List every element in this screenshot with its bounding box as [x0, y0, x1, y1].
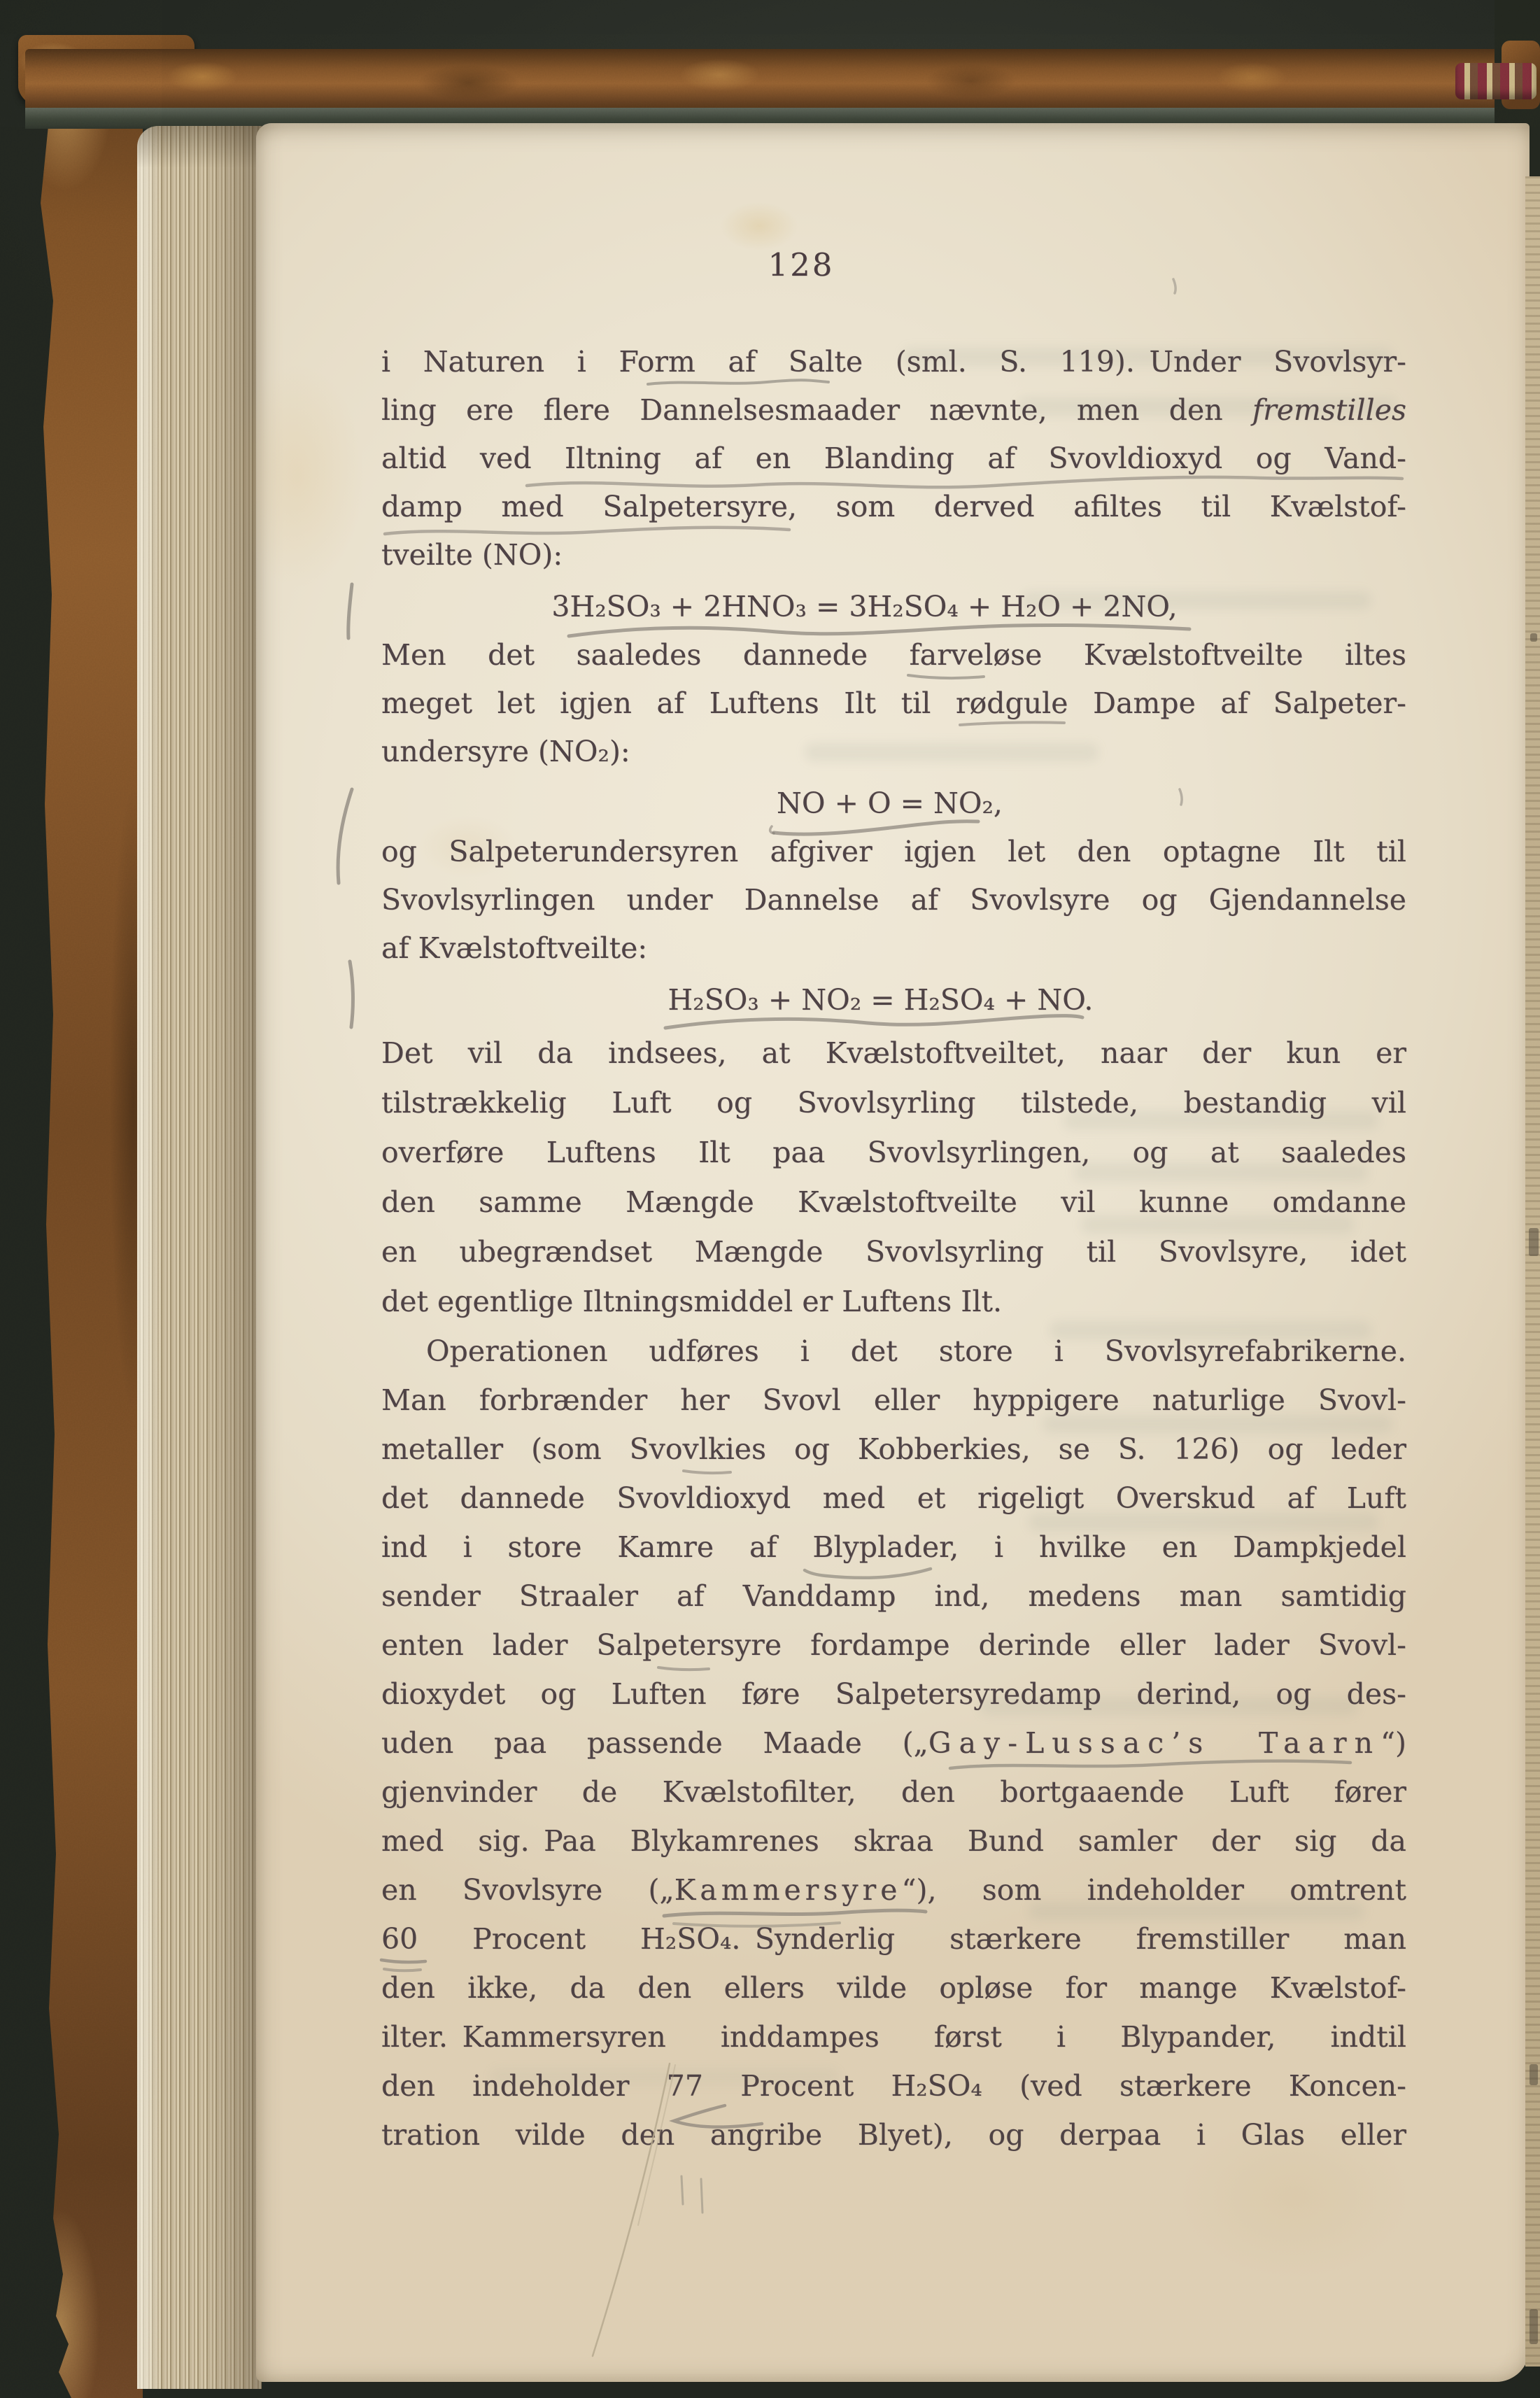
text-segment: og Salpeterundersyren afgiver igjen let … [381, 835, 1406, 868]
text-line-3: altid ved Iltning af en Blanding af Svov… [381, 434, 1406, 483]
text-line-25: ind i store Kamre af Blyplader, i hvilke… [381, 1523, 1406, 1572]
text-line-24: det dannede Svovldioxyd med et rigeligt … [381, 1474, 1406, 1523]
text-segment: en ubegrændset Mængde Svovlsyrling til S… [381, 1235, 1406, 1269]
text-segment: 60 Procent H₂SO₄. Synderlig stærkere fre… [381, 1922, 1406, 1956]
text-segment: Det vil da indsees, at Kvælstoftveiltet,… [381, 1036, 1406, 1070]
text-line-13: af Kvælstoftveilte: [381, 924, 1406, 973]
text-segment: H₂SO₃ + NO₂ = H₂SO₄ + NO. [668, 983, 1094, 1017]
text-line-36: den indeholder 77 Procent H₂SO₄ (ved stæ… [381, 2061, 1406, 2110]
text-segment: en Svovlsyre („ [381, 1873, 674, 1907]
text-line-7: Men det saaledes dannede farveløse Kvæls… [381, 630, 1406, 679]
text-segment: sender Straaler af Vanddamp ind, medens … [381, 1579, 1406, 1613]
text-line-30: gjenvinder de Kvælstofilter, den bortgaa… [381, 1768, 1406, 1817]
text-line-15: Det vil da indsees, at Kvælstoftveiltet,… [381, 1029, 1406, 1078]
text-line-33: 60 Procent H₂SO₄. Synderlig stærkere fre… [381, 1914, 1406, 1963]
text-segment: altid ved Iltning af en Blanding af Svov… [381, 442, 1406, 475]
text-line-22: Man forbrænder her Svovl eller hyppigere… [381, 1376, 1406, 1425]
text-line-20: det egentlige Iltningsmiddel er Luftens … [381, 1277, 1406, 1326]
text-line-5: tveilte (NO): [381, 530, 1406, 579]
text-line-21: Operationen udføres i det store i Svovls… [381, 1327, 1406, 1376]
text-line-4: damp med Salpetersyre, som derved afilte… [381, 482, 1406, 531]
text-segment: meget let igjen af Luftens Ilt til rødgu… [381, 686, 1406, 720]
text-line-2: ling ere flere Dannelsesmaader nævnte, m… [381, 386, 1406, 435]
text-line-37: tration vilde den angribe Blyet), og der… [381, 2110, 1406, 2159]
text-segment: ilter. Kammersyren inddampes først i Bly… [381, 2020, 1406, 2054]
book-scan-photo: 128 i Naturen i Form af Salte (sml. S. 1… [0, 0, 1540, 2398]
text-line-35: ilter. Kammersyren inddampes først i Bly… [381, 2012, 1406, 2061]
page-text: 128 i Naturen i Form af Salte (sml. S. 1… [0, 0, 1540, 2398]
text-line-16: tilstrækkelig Luft og Svovlsyrling tilst… [381, 1078, 1406, 1127]
text-line-8: meget let igjen af Luftens Ilt til rødgu… [381, 679, 1406, 728]
text-segment: Svovlsyrlingen under Dannelse af Svovlsy… [381, 883, 1406, 917]
text-segment: Operationen udføres i det store i Svovls… [426, 1334, 1406, 1368]
text-line-17: overføre Luftens Ilt paa Svovlsyrlingen,… [381, 1128, 1406, 1177]
text-line-27: enten lader Salpetersyre fordampe derind… [381, 1621, 1406, 1670]
text-line-31: med sig. Paa Blykamrenes skraa Bund saml… [381, 1817, 1406, 1865]
text-line-1: i Naturen i Form af Salte (sml. S. 119).… [381, 337, 1406, 386]
text-segment-sp2: Kammersyre [674, 1873, 902, 1907]
text-line-14: H₂SO₃ + NO₂ = H₂SO₄ + NO. [368, 975, 1393, 1024]
text-segment: det egentlige Iltningsmiddel er Luftens … [381, 1285, 1002, 1318]
text-line-18: den samme Mængde Kvælstoftveilte vil kun… [381, 1178, 1406, 1227]
text-line-12: Svovlsyrlingen under Dannelse af Svovlsy… [381, 875, 1406, 924]
text-line-11: og Salpeterundersyren afgiver igjen let … [381, 827, 1406, 876]
text-segment: med sig. Paa Blykamrenes skraa Bund saml… [381, 1824, 1406, 1858]
text-segment: ling ere flere Dannelsesmaader nævnte, m… [381, 393, 1252, 427]
text-line-29: uden paa passende Maade („Gay-Lussac’s T… [381, 1719, 1406, 1768]
text-segment: tration vilde den angribe Blyet), og der… [381, 2118, 1406, 2152]
text-segment: dioxydet og Luften føre Salpetersyredamp… [381, 1677, 1406, 1711]
text-line-10: NO + O = NO₂, [377, 779, 1402, 828]
text-segment: den samme Mængde Kvælstoftveilte vil kun… [381, 1185, 1406, 1219]
text-segment: i Naturen i Form af Salte (sml. S. 119).… [381, 345, 1406, 379]
text-line-34: den ikke, da den ellers vilde opløse for… [381, 1963, 1406, 2012]
text-line-19: en ubegrændset Mængde Svovlsyrling til S… [381, 1227, 1406, 1276]
text-segment: den indeholder 77 Procent H₂SO₄ (ved stæ… [381, 2069, 1406, 2103]
text-line-23: metaller (som Svovlkies og Kobberkies, s… [381, 1425, 1406, 1474]
text-line-9: undersyre (NO₂): [381, 727, 1406, 776]
text-segment: undersyre (NO₂): [381, 735, 630, 768]
text-segment: tilstrækkelig Luft og Svovlsyrling tilst… [381, 1086, 1406, 1120]
text-line-28: dioxydet og Luften føre Salpetersyredamp… [381, 1670, 1406, 1719]
text-line-26: sender Straaler af Vanddamp ind, medens … [381, 1572, 1406, 1621]
text-segment: Man forbrænder her Svovl eller hyppigere… [381, 1383, 1406, 1417]
text-segment: NO + O = NO₂, [777, 787, 1003, 820]
text-segment: enten lader Salpetersyre fordampe derind… [381, 1628, 1406, 1662]
text-segment-it: fremstilles [1252, 393, 1406, 427]
text-segment: Men det saaledes dannede farveløse Kvæls… [381, 638, 1406, 672]
text-segment: den ikke, da den ellers vilde opløse for… [381, 1971, 1406, 2005]
text-segment: “), som indeholder omtrent [901, 1873, 1406, 1907]
text-segment: uden paa passende Maade („ [381, 1726, 928, 1760]
text-segment: 3H₂SO₃ + 2HNO₃ = 3H₂SO₄ + H₂O + 2NO, [551, 590, 1177, 623]
text-segment: tveilte (NO): [381, 538, 563, 572]
text-segment: “) [1380, 1726, 1406, 1760]
text-segment: det dannede Svovldioxyd med et rigeligt … [381, 1481, 1406, 1515]
text-line-32: en Svovlsyre („Kammersyre“), som indehol… [381, 1865, 1406, 1914]
text-segment: metaller (som Svovlkies og Kobberkies, s… [381, 1432, 1406, 1466]
page-number: 128 [381, 246, 1221, 283]
text-segment-sp1: Gay-Lussac’s Taarn [928, 1726, 1380, 1760]
text-segment: overføre Luftens Ilt paa Svovlsyrlingen,… [381, 1136, 1406, 1169]
text-segment: gjenvinder de Kvælstofilter, den bortgaa… [381, 1775, 1406, 1809]
text-segment: ind i store Kamre af Blyplader, i hvilke… [381, 1530, 1406, 1564]
text-segment: af Kvælstoftveilte: [381, 931, 647, 965]
text-line-6: 3H₂SO₃ + 2HNO₃ = 3H₂SO₄ + H₂O + 2NO, [352, 582, 1377, 631]
text-segment: damp med Salpetersyre, som derved afilte… [381, 490, 1406, 523]
